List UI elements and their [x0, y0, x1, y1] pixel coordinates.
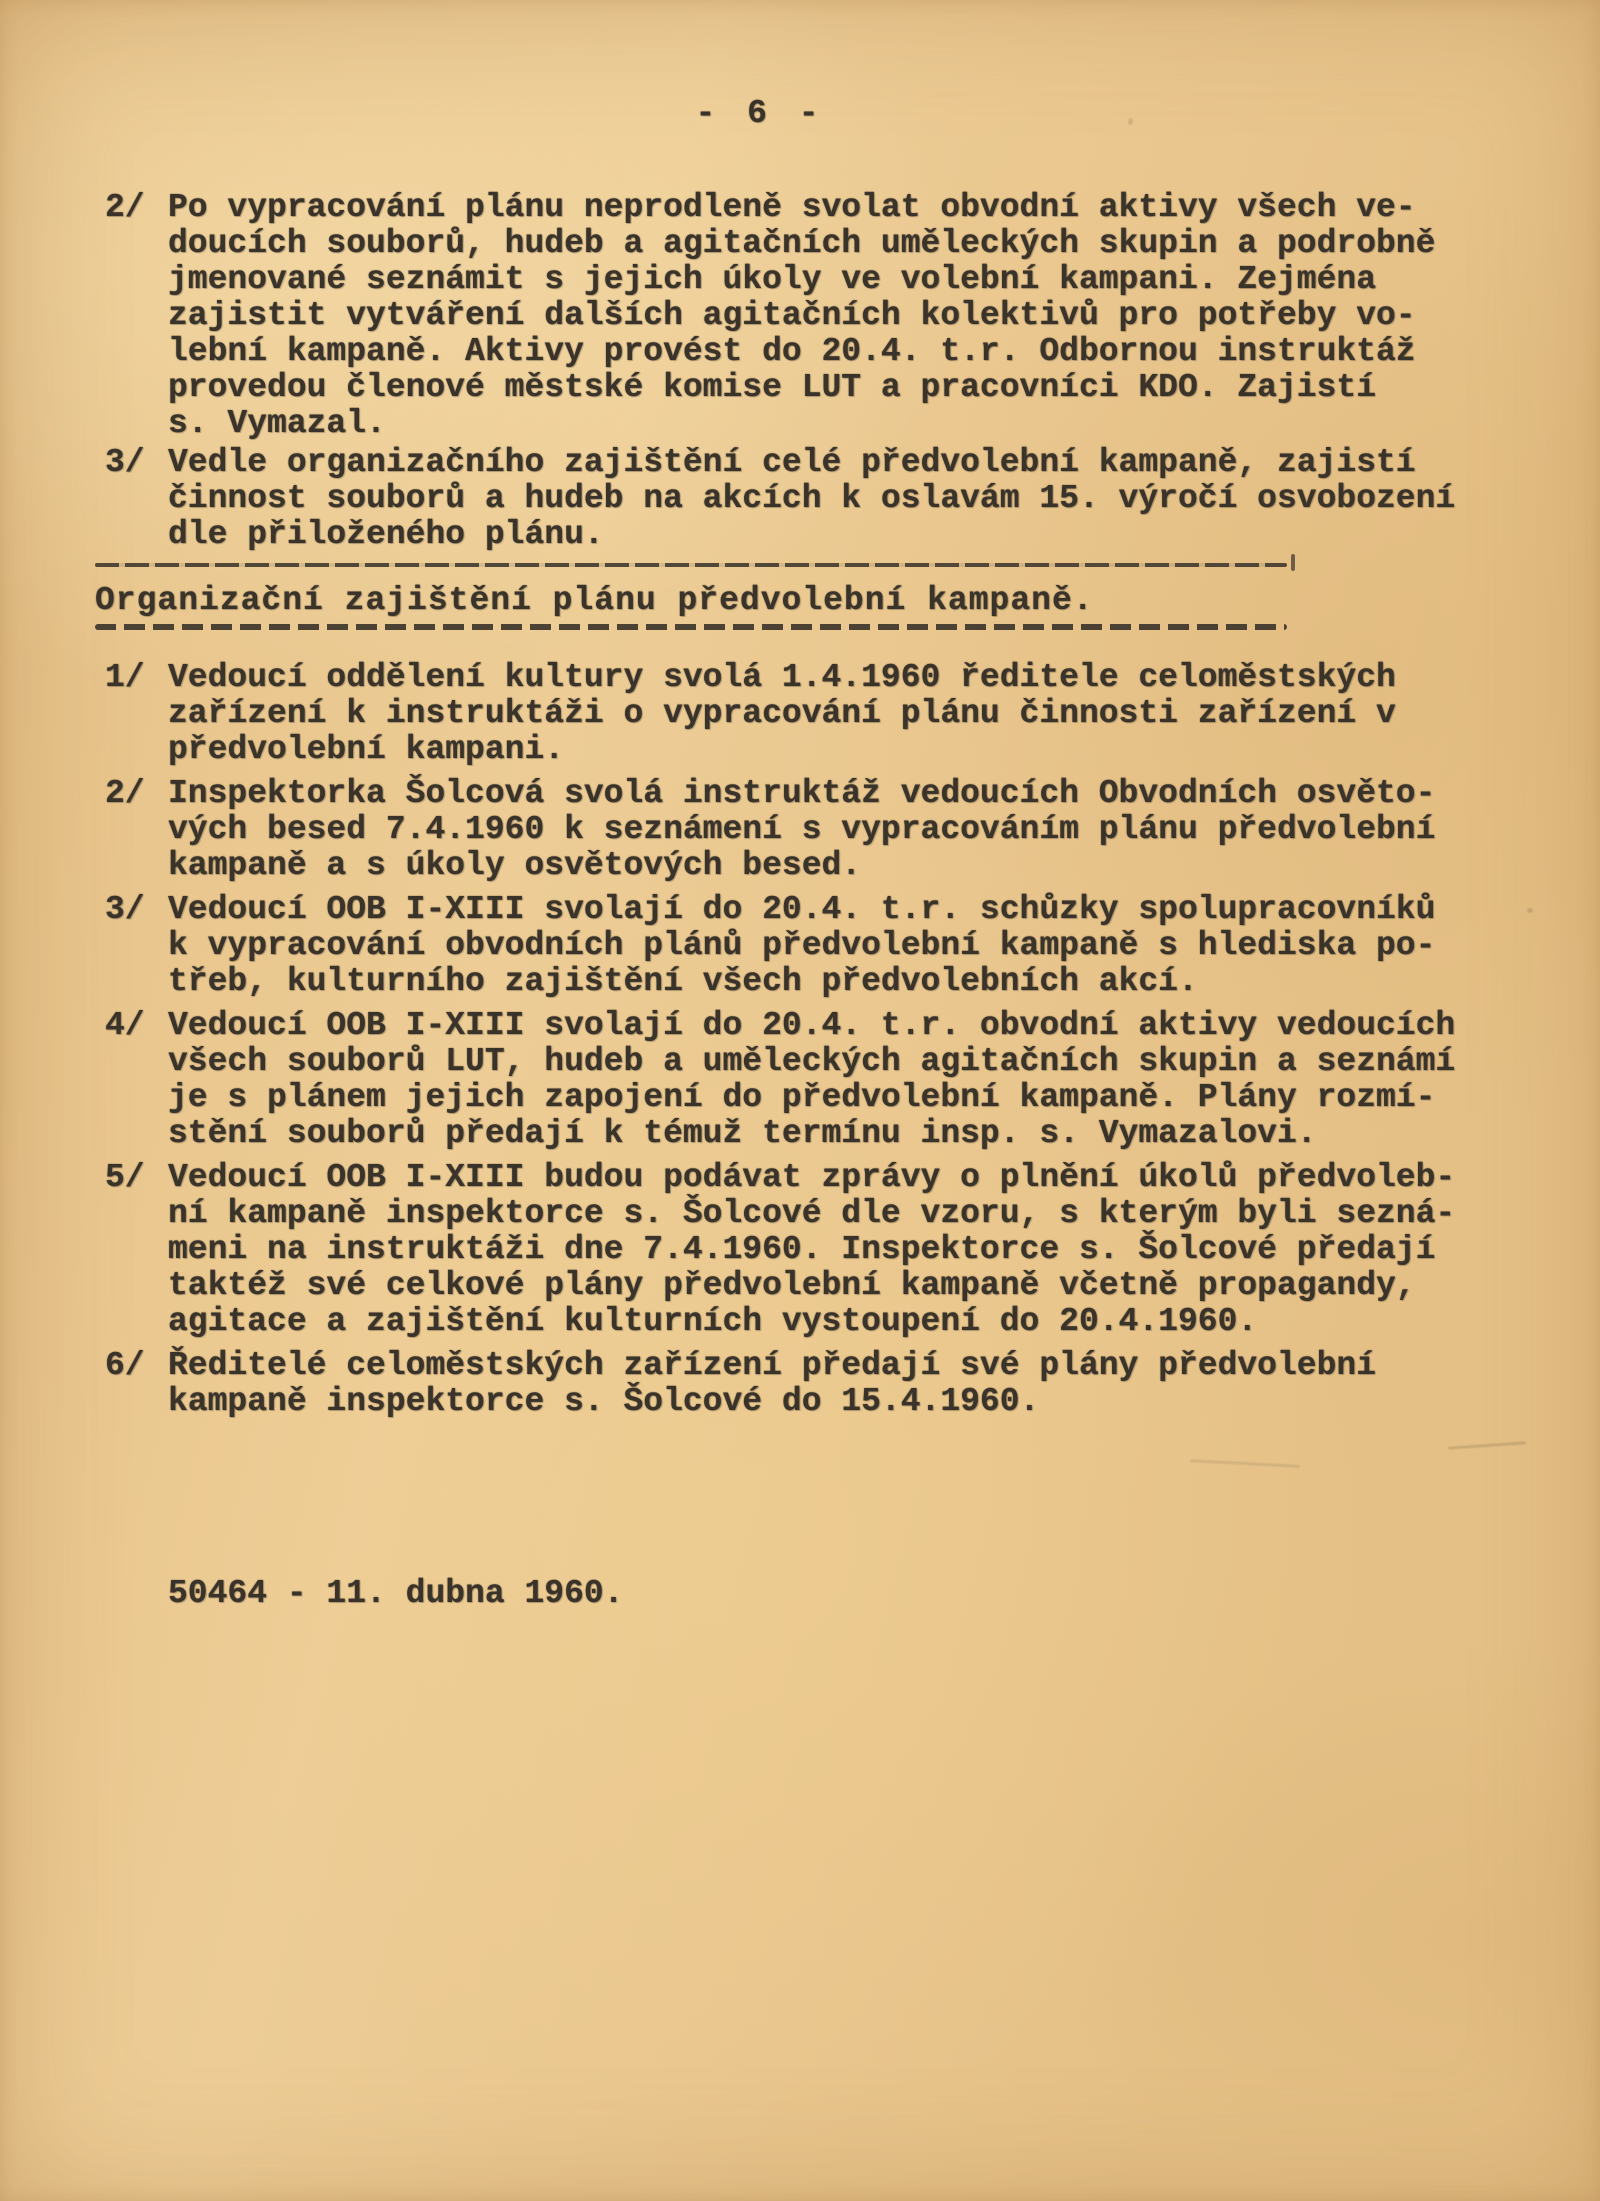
scanned-typewritten-page: - 6 - 2/ Po vypracování plánu neprodleně…: [0, 0, 1600, 2201]
list-item: 3/ Vedle organizačního zajištění celé př…: [105, 445, 1600, 553]
footer-reference: 50464 - 11. dubna 1960.: [105, 1576, 1600, 1612]
item-number: 3/: [105, 445, 168, 481]
item-number: 5/: [105, 1160, 168, 1196]
intro-list: 2/ Po vypracování plánu neprodleně svola…: [105, 190, 1600, 553]
item-text: Vedoucí OOB I-XIII budou podávat zprávy …: [168, 1160, 1455, 1340]
item-text: Po vypracování plánu neprodleně svolat o…: [168, 190, 1435, 442]
item-number: 6/: [105, 1348, 168, 1384]
item-text: Inspektorka Šolcová svolá instruktáž ved…: [168, 776, 1435, 884]
list-item: 2/ Inspektorka Šolcová svolá instruktáž …: [105, 776, 1600, 884]
section-heading: Organizační zajištění plánu předvolební …: [95, 583, 1600, 619]
item-number: 1/: [105, 660, 168, 696]
page-content: - 6 - 2/ Po vypracování plánu neprodleně…: [0, 0, 1600, 1612]
separator-end-tick: [1291, 554, 1295, 571]
item-text: Vedle organizačního zajištění celé předv…: [168, 445, 1455, 553]
section-heading-block: Organizační zajištění plánu předvolební …: [95, 583, 1600, 630]
list-item: 5/ Vedoucí OOB I-XIII budou podávat zprá…: [105, 1160, 1600, 1340]
page-number: - 6 -: [105, 96, 1415, 132]
list-item: 4/ Vedoucí OOB I-XIII svolají do 20.4. t…: [105, 1008, 1600, 1152]
list-item: 1/ Vedoucí oddělení kultury svolá 1.4.19…: [105, 660, 1600, 768]
list-item: 3/ Vedoucí OOB I-XIII svolají do 20.4. t…: [105, 892, 1600, 1000]
list-item: 6/ Ředitelé celoměstských zařízení předa…: [105, 1348, 1600, 1420]
item-text: Vedoucí OOB I-XIII svolají do 20.4. t.r.…: [168, 892, 1435, 1000]
item-number: 2/: [105, 776, 168, 812]
separator-line: [95, 563, 1287, 567]
item-number: 2/: [105, 190, 168, 226]
item-number: 4/: [105, 1008, 168, 1044]
item-number: 3/: [105, 892, 168, 928]
item-text: Vedoucí oddělení kultury svolá 1.4.1960 …: [168, 660, 1396, 768]
item-text: Vedoucí OOB I-XIII svolají do 20.4. t.r.…: [168, 1008, 1455, 1152]
ink-speck: [1128, 118, 1133, 125]
ink-speck: [1527, 908, 1533, 913]
list-item: 2/ Po vypracování plánu neprodleně svola…: [105, 190, 1600, 442]
item-text: Ředitelé celoměstských zařízení předají …: [168, 1348, 1376, 1420]
heading-underline: [95, 624, 1287, 630]
section-list: 1/ Vedoucí oddělení kultury svolá 1.4.19…: [105, 660, 1600, 1420]
